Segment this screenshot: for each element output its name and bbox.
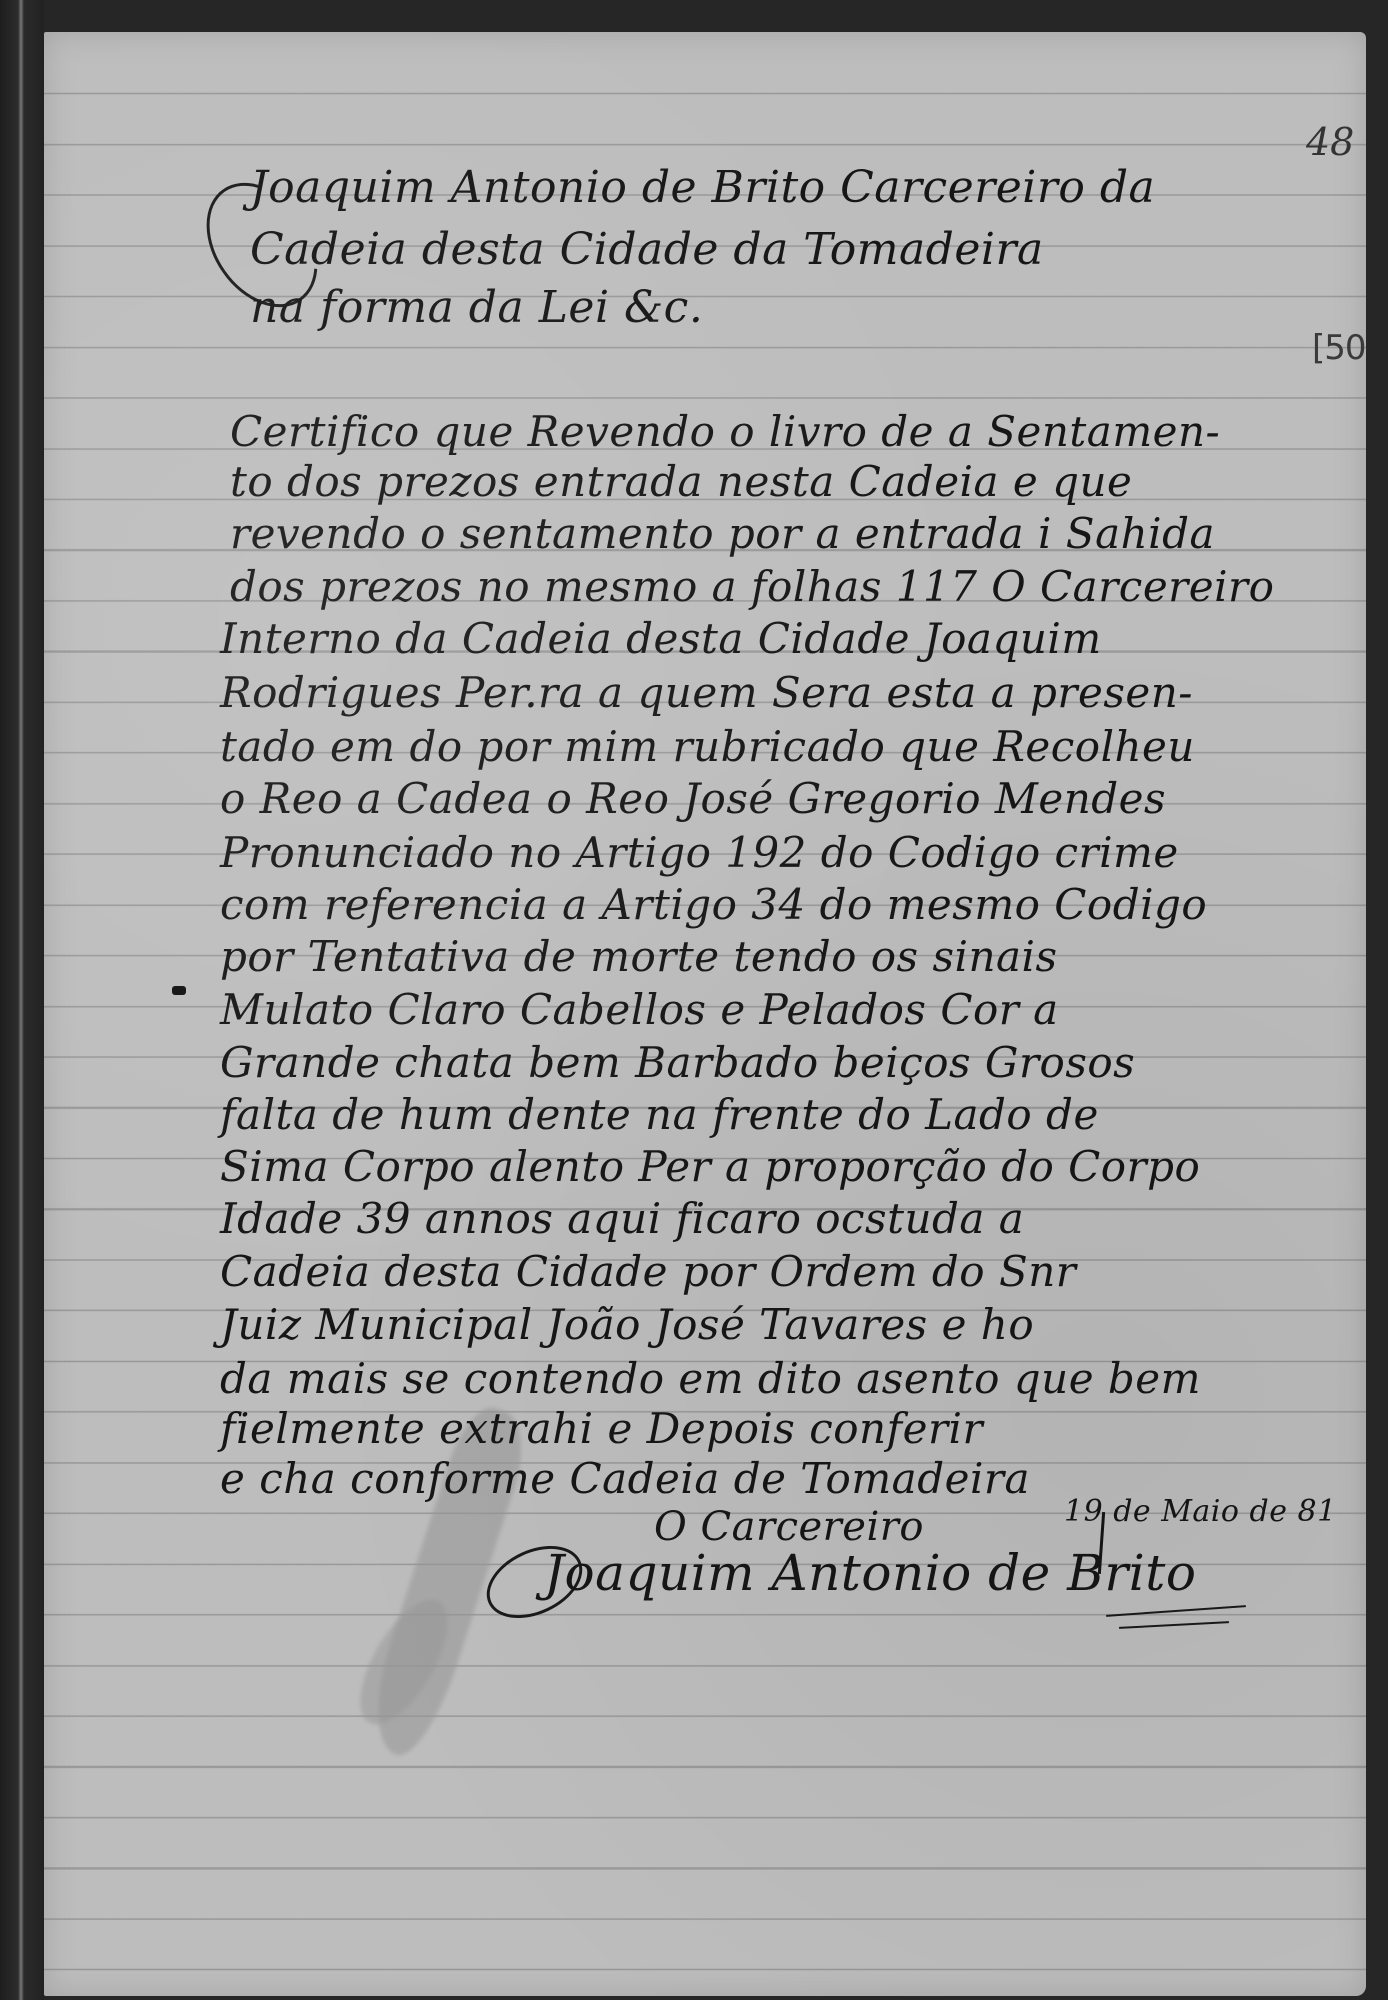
body-line-1: Certifico que Revendo o livro de a Senta… bbox=[230, 407, 1220, 456]
archive-stamp: [50] bbox=[1312, 328, 1366, 368]
body-line-4: dos prezos no mesmo a folhas 117 O Carce… bbox=[230, 562, 1274, 611]
body-line-3: revendo o sentamento por a entrada i Sah… bbox=[230, 509, 1215, 558]
body-line-16: Idade 39 annos aqui ficaro ocstuda a bbox=[220, 1194, 1024, 1243]
body-line-5: Interno da Cadeia desta Cidade Joaquim bbox=[220, 614, 1102, 663]
signature-underline-2 bbox=[1119, 1621, 1229, 1629]
margin-ink-mark bbox=[172, 986, 186, 995]
body-line-11: por Tentativa de morte tendo os sinais bbox=[220, 932, 1058, 981]
body-line-15: Sima Corpo alento Per a proporção do Cor… bbox=[220, 1142, 1200, 1191]
body-line-21: e cha conforme Cadeia de Tomadeira bbox=[220, 1454, 1030, 1503]
body-line-6: Rodrigues Per.ra a quem Sera esta a pres… bbox=[220, 668, 1193, 717]
heading-line-3: na forma da Lei &c. bbox=[250, 282, 703, 333]
body-line-7: tado em do por mim rubricado que Recolhe… bbox=[220, 722, 1195, 771]
heading-line-2: Cadeia desta Cidade da Tomadeira bbox=[250, 224, 1044, 275]
body-line-12: Mulato Claro Cabellos e Pelados Cor a bbox=[220, 985, 1059, 1034]
body-line-20: fielmente extrahi e Depois conferir bbox=[220, 1404, 983, 1453]
heading-line-1: Joaquim Antonio de Brito Carcereiro da bbox=[250, 162, 1155, 213]
body-line-18: Juiz Municipal João José Tavares e ho bbox=[220, 1300, 1034, 1349]
signature-underline bbox=[1106, 1605, 1246, 1617]
body-line-2: to dos prezos entrada nesta Cadeia e que bbox=[230, 457, 1132, 506]
body-line-14: falta de hum dente na frente do Lado de bbox=[220, 1090, 1099, 1139]
paper-page: 48 [50] Joaquim Antonio de Brito Carcere… bbox=[44, 32, 1366, 1996]
signature: Joaquim Antonio de Brito bbox=[544, 1544, 1196, 1602]
body-line-13: Grande chata bem Barbado beiços Grosos bbox=[220, 1038, 1135, 1087]
scanned-document: 48 [50] Joaquim Antonio de Brito Carcere… bbox=[0, 0, 1388, 2000]
body-line-8: o Reo a Cadea o Reo José Gregorio Mendes bbox=[220, 774, 1166, 823]
body-line-9: Pronunciado no Artigo 192 do Codigo crim… bbox=[220, 828, 1179, 877]
body-line-17: Cadeia desta Cidade por Ordem do Snr bbox=[220, 1247, 1076, 1296]
body-line-10: com referencia a Artigo 34 do mesmo Codi… bbox=[220, 880, 1207, 929]
folio-number: 48 bbox=[1306, 120, 1354, 164]
binding-edge bbox=[0, 0, 44, 2000]
body-line-19: da mais se contendo em dito asento que b… bbox=[220, 1354, 1201, 1403]
